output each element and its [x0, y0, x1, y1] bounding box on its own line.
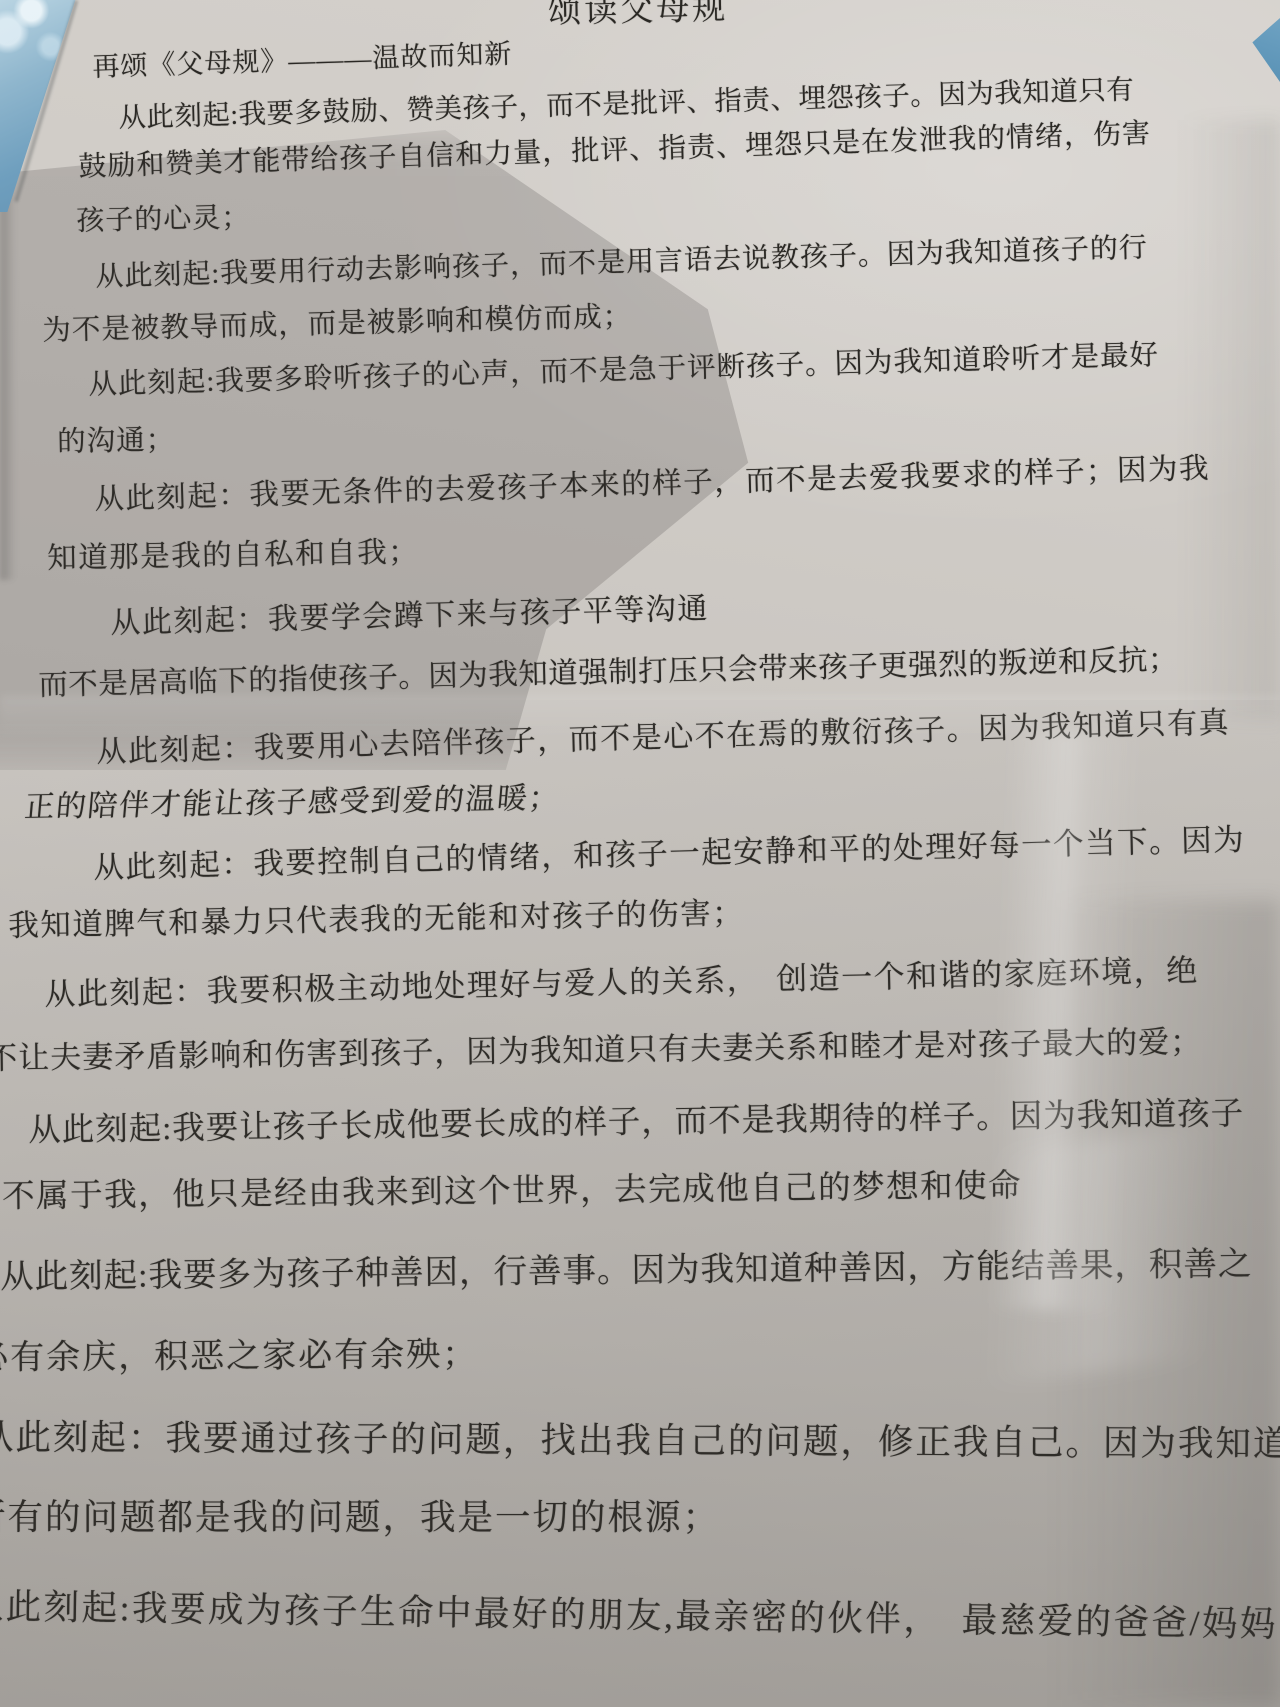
- text-line: 从此刻起:我要用行动去影响孩子，而不是用言语去说教孩子。因为我知道孩子的行: [95, 233, 1148, 295]
- text-line: 从此刻起:我要成为孩子生命中最好的朋友,最亲密的伙伴， 最慈爱的爸爸/妈妈！: [0, 1586, 1280, 1646]
- text-line: 从此刻起:我要多聆听孩子的心声，而不是急于评断孩子。因为我知道聆听才是最好: [88, 340, 1159, 403]
- text-line: 不让夫妻矛盾影响和伤害到孩子，因为我知道只有夫妻关系和睦才是对孩子最大的爱；: [0, 1024, 1202, 1077]
- text-line: 从此刻起：我要控制自己的情绪，和孩子一起安静和平的处理好每一个当下。因为: [93, 823, 1246, 886]
- document-photo: 颂读父母规 再颂《父母规》———温故而知新 从此刻起:我要多鼓励、赞美孩子，而不…: [0, 0, 1280, 1707]
- text-line: 孩子的心灵；: [76, 202, 251, 238]
- page-subtitle: 再颂《父母规》———温故而知新: [92, 39, 513, 83]
- right-top-shading: [1180, 120, 1280, 720]
- text-line: 从此刻起:我要多为孩子种善因，行善事。因为我知道种善因，方能结善果，积善之: [0, 1246, 1253, 1298]
- text-line: 为不是被教导而成，而是被影响和模仿而成；: [42, 302, 633, 349]
- text-line: 知道那是我的自私和自我；: [47, 537, 420, 577]
- text-line: 我知道脾气和暴力只代表我的无能和对孩子的伤害；: [8, 896, 744, 944]
- text-line: 从此刻起：我要积极主动地处理好与爱人的关系， 创造一个和谐的家庭环境，绝: [44, 953, 1199, 1013]
- right-edge-shading: [1050, 900, 1280, 1707]
- paper-crease-vertical: [990, 728, 1140, 1312]
- text-line: 必有余庆，积恶之家必有余殃；: [0, 1335, 478, 1378]
- text-line: 从此刻起：我要用心去陪伴孩子，而不是心不在焉的敷衍孩子。因为我知道只有真: [96, 706, 1231, 770]
- text-line: 所有的问题都是我的问题，我是一切的根源；: [0, 1497, 720, 1538]
- table-surface-corner-topright: [1250, 18, 1280, 82]
- page-title: 颂读父母规: [0, 0, 1279, 44]
- paper-left-edge-shadow: [0, 150, 16, 580]
- text-line: 不属于我，他只是经由我来到这个世界，去完成他自己的梦想和使命: [2, 1168, 1022, 1216]
- text-line: 从此刻起：我要无条件的去爱孩子本来的样子，而不是去爱我要求的样子；因为我: [94, 453, 1211, 518]
- text-line: 从此刻起:我要让孩子长成他要长成的样子，而不是我期待的样子。因为我知道孩子: [28, 1096, 1244, 1150]
- text-line: 的沟通；: [57, 425, 176, 460]
- text-line: 从此刻起：我要通过孩子的问题，找出我自己的问题，修正我自己。因为我知道: [0, 1417, 1280, 1465]
- text-line: 而不是居高临下的指使孩子。因为我知道强制打压只会带来孩子更强烈的叛逆和反抗；: [38, 644, 1178, 704]
- text-line: 正的陪伴才能让孩子感受到爱的温暖；: [23, 782, 561, 826]
- text-line: 从此刻起：我要学会蹲下来与孩子平等沟通: [110, 592, 709, 641]
